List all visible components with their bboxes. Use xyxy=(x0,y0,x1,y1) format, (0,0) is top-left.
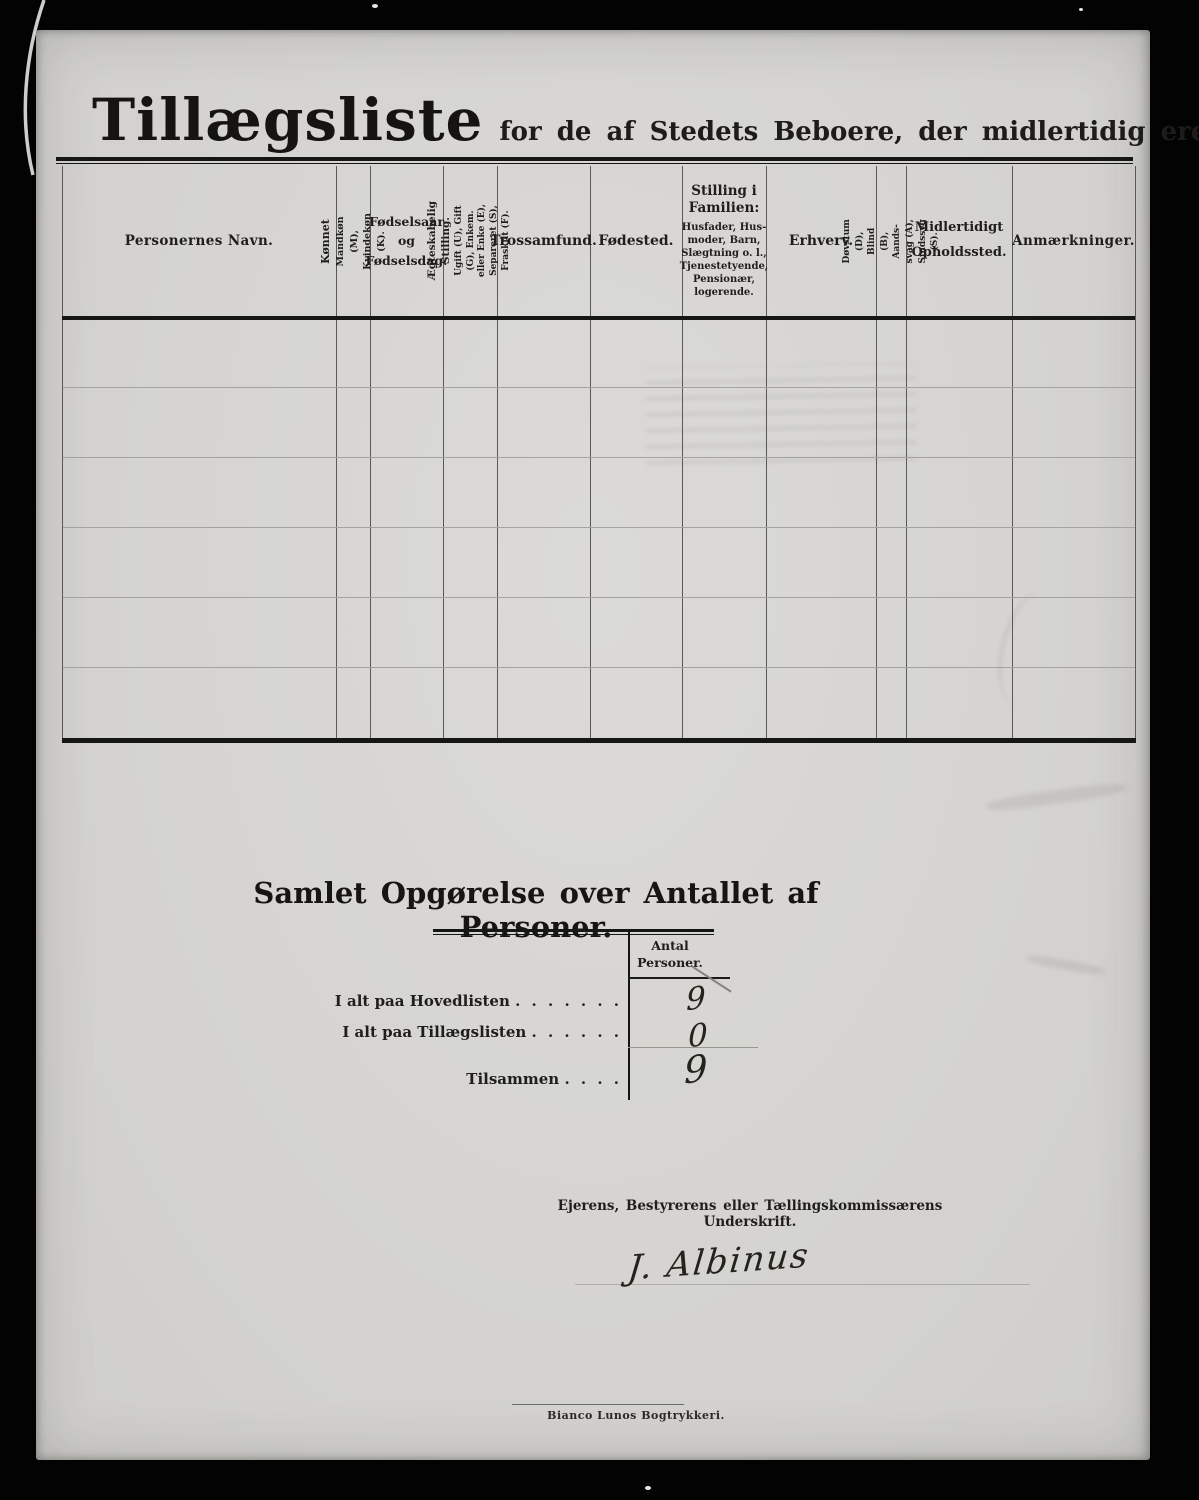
column-header-marital-status: Ægteskabelig Stilling. Ugift (U), Gift (… xyxy=(443,166,497,316)
table-row-line xyxy=(63,387,1135,388)
summary-count-header-rule xyxy=(628,977,730,979)
scan-speck xyxy=(1079,8,1083,11)
dot-leader: . . . . xyxy=(564,1070,622,1088)
table-header-bottom-rule xyxy=(62,316,1135,320)
printer-imprint: Bianco Lunos Bogtrykkeri. xyxy=(506,1409,766,1422)
table-bottom-rule xyxy=(62,738,1136,743)
dot-leader: . . . . . . xyxy=(532,1023,622,1041)
handwritten-count-hovedlisten: 9 xyxy=(686,980,706,1019)
form-title-subtitle: for de af Stedets Beboere, der midlertid… xyxy=(499,117,1199,147)
dot-leader: . . . . . . . xyxy=(515,992,622,1010)
show-through-smudge xyxy=(986,780,1127,813)
title-rule-thin xyxy=(56,163,1133,164)
column-header-temporary-residence: Midlertidigt Opholdssted. xyxy=(906,166,1012,316)
scan-speck xyxy=(645,1486,651,1490)
column-header-family-position: Stilling i Familien: Husfader, Hus- mode… xyxy=(682,166,766,316)
form-title: Tillægsliste for de af Stedets Beboere, … xyxy=(92,86,1122,154)
summary-count-header: Antal Personer. xyxy=(620,938,720,972)
handwritten-signature: J. Albinus xyxy=(626,1235,812,1288)
form-title-main: Tillægsliste xyxy=(92,86,483,154)
title-rule-thick xyxy=(56,157,1133,161)
printer-imprint-rule xyxy=(512,1404,684,1405)
column-header-name-label: Personernes Navn. xyxy=(125,233,274,249)
census-form-page: Tillægsliste for de af Stedets Beboere, … xyxy=(36,30,1150,1460)
column-header-disability: Døvstum (D), Blind (B), Aands- svag (A),… xyxy=(876,166,906,316)
table-row-line xyxy=(63,527,1135,528)
summary-top-rule-thin xyxy=(433,934,714,935)
handwritten-count-total: 9 xyxy=(684,1046,707,1092)
table-row-line xyxy=(63,597,1135,598)
scan-speck xyxy=(372,4,378,8)
column-header-birthplace: Fødested. xyxy=(590,166,682,316)
table-row-line xyxy=(63,457,1135,458)
show-through-smudge xyxy=(1026,953,1107,977)
scan-background: Tillægsliste for de af Stedets Beboere, … xyxy=(0,0,1199,1500)
summary-row-hovedlisten: I alt paa Hovedlisten . . . . . . . xyxy=(296,992,622,1010)
table-border-right xyxy=(1135,166,1136,743)
signature-label: Ejerens, Bestyrerens eller Tællingskommi… xyxy=(520,1198,980,1230)
table-row-line xyxy=(63,667,1135,668)
summary-row-tillaegslisten: I alt paa Tillægslisten . . . . . . xyxy=(296,1023,622,1041)
summary-top-rule-thick xyxy=(433,929,714,932)
column-header-remarks: Anmærkninger. xyxy=(1012,166,1135,316)
column-header-name: Personernes Navn. xyxy=(62,166,336,316)
summary-row-total: Tilsammen . . . . xyxy=(296,1070,622,1088)
column-header-faith: Trossamfund. xyxy=(497,166,590,316)
show-through-smudge xyxy=(987,584,1077,716)
